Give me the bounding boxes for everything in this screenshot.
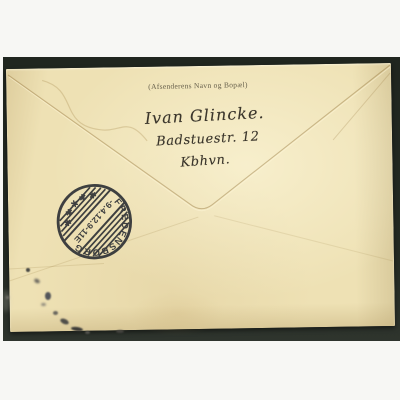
ink-smudge (85, 331, 90, 334)
ink-smudge (53, 311, 58, 315)
envelope-back: (Afsenderens Navn og Bopæl) Ivan Glincke… (6, 63, 395, 332)
wrinkle-top-right (332, 73, 391, 140)
photo-frame: (Afsenderens Navn og Bopæl) Ivan Glincke… (0, 0, 400, 400)
ink-smudge (41, 303, 46, 306)
postmark-stamp: -9.4.12.9-11E FREDENSBORG (52, 179, 137, 264)
side-crease-right (214, 213, 393, 264)
ink-smudge (2, 290, 10, 312)
ink-smudge (26, 268, 30, 272)
ink-smudge (116, 330, 124, 333)
ink-smudge (6, 296, 9, 299)
wrinkle-bottom-left (9, 264, 104, 269)
ink-smudge (45, 292, 51, 300)
